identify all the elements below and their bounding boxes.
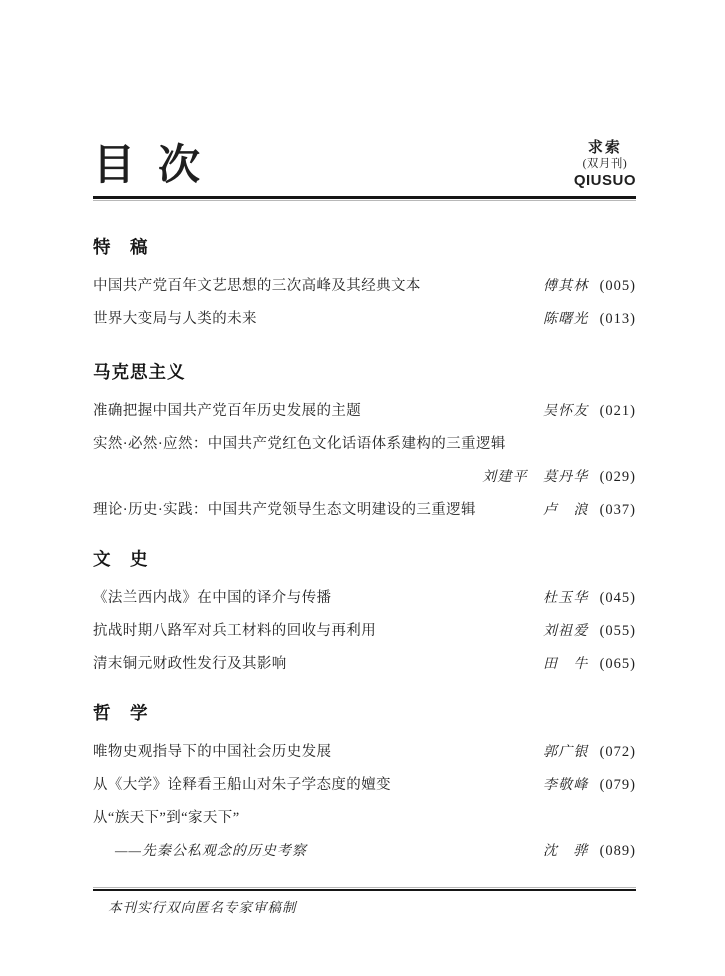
- article-author: 杜玉华: [543, 591, 589, 606]
- article-page-number: (072): [600, 744, 636, 760]
- article-page-number: (045): [600, 590, 636, 606]
- article-title: 抗战时期八路军对兵工材料的回收与再利用: [93, 619, 376, 640]
- article-page-number: (055): [600, 623, 636, 639]
- article-title: 准确把握中国共产党百年历史发展的主题: [93, 399, 361, 420]
- header-rule-dark-line: [93, 196, 636, 199]
- journal-block: 求索 (双月刊) QIUSUO: [574, 140, 636, 189]
- section-heading: 马克思主义: [93, 359, 636, 385]
- section-heading: 特 稿: [93, 234, 636, 260]
- article-subtitle: ——先秦公私观念的历史考察: [93, 840, 307, 860]
- header-rule-light-line: [93, 200, 636, 201]
- article-page-number: (029): [600, 469, 636, 485]
- article-subtitle-row: ——先秦公私观念的历史考察 沈 骅 (089): [93, 833, 636, 866]
- article-row: 中国共产党百年文艺思想的三次高峰及其经典文本 傅其林 (005): [93, 268, 636, 301]
- byline: 刘祖爱 (055): [543, 620, 636, 640]
- article-title: 理论·历史·实践：中国共产党领导生态文明建设的三重逻辑: [93, 498, 476, 519]
- byline: 陈曙光 (013): [543, 308, 636, 328]
- header-rule: [93, 196, 636, 201]
- article-author: 李敬峰: [543, 778, 589, 793]
- article-row: 抗战时期八路军对兵工材料的回收与再利用 刘祖爱 (055): [93, 613, 636, 646]
- section-special-contribution: 特 稿 中国共产党百年文艺思想的三次高峰及其经典文本 傅其林 (005) 世界大…: [93, 234, 636, 334]
- article-page-number: (079): [600, 777, 636, 793]
- article-page-number: (021): [600, 403, 636, 419]
- article-row: 世界大变局与人类的未来 陈曙光 (013): [93, 301, 636, 334]
- article-author: 郭广银: [543, 745, 589, 760]
- masthead: 目 次 求索 (双月刊) QIUSUO: [93, 140, 636, 190]
- toc-page: 目 次 求索 (双月刊) QIUSUO 特 稿 中国共产党百年文艺思想的三次高峰…: [0, 0, 725, 976]
- section-heading: 文 史: [93, 546, 636, 572]
- footer-rule: [93, 887, 636, 891]
- toc-title: 目 次: [93, 144, 201, 188]
- article-author: 刘建平 莫丹华: [482, 470, 588, 485]
- footer-rule-light-line: [93, 887, 636, 888]
- article-title: 从《大学》诠释看王船山对朱子学态度的嬗变: [93, 773, 391, 794]
- article-author: 刘祖爱: [543, 624, 589, 639]
- article-author: 傅其林: [543, 279, 589, 294]
- article-row: 理论·历史·实践：中国共产党领导生态文明建设的三重逻辑 卢 浪 (037): [93, 492, 636, 525]
- article-page-number: (037): [600, 502, 636, 518]
- footer-rule-dark-line: [93, 889, 636, 891]
- article-row: 清末铜元财政性发行及其影响 田 牛 (065): [93, 646, 636, 679]
- article-byline-row: 刘建平 莫丹华 (029): [93, 459, 636, 492]
- article-title: 世界大变局与人类的未来: [93, 307, 257, 328]
- article-title: 从“族天下”到“家天下”: [93, 806, 240, 827]
- article-title: 唯物史观指导下的中国社会历史发展: [93, 740, 331, 761]
- article-author: 陈曙光: [543, 312, 589, 327]
- article-page-number: (013): [600, 311, 636, 327]
- byline: 沈 骅 (089): [543, 840, 636, 860]
- article-title: 清末铜元财政性发行及其影响: [93, 652, 287, 673]
- article-page-number: (005): [600, 278, 636, 294]
- article-row: 从《大学》诠释看王船山对朱子学态度的嬗变 李敬峰 (079): [93, 767, 636, 800]
- byline: 卢 浪 (037): [543, 499, 636, 519]
- byline: 杜玉华 (045): [543, 587, 636, 607]
- byline: 傅其林 (005): [543, 275, 636, 295]
- section-marxism: 马克思主义 准确把握中国共产党百年历史发展的主题 吴怀友 (021) 实然·必然…: [93, 359, 636, 525]
- article-author: 田 牛: [543, 657, 589, 672]
- byline: 郭广银 (072): [543, 741, 636, 761]
- article-title: 中国共产党百年文艺思想的三次高峰及其经典文本: [93, 274, 421, 295]
- section-heading: 哲 学: [93, 700, 636, 726]
- article-page-number: (089): [600, 843, 636, 859]
- journal-edition: (双月刊): [574, 157, 636, 172]
- article-author: 卢 浪: [543, 503, 589, 518]
- article-row: 《法兰西内战》在中国的译介与传播 杜玉华 (045): [93, 580, 636, 613]
- article-row: 实然·必然·应然：中国共产党红色文化话语体系建构的三重逻辑: [93, 426, 636, 459]
- article-author: 吴怀友: [543, 404, 589, 419]
- article-row: 准确把握中国共产党百年历史发展的主题 吴怀友 (021): [93, 393, 636, 426]
- article-page-number: (065): [600, 656, 636, 672]
- article-title: 实然·必然·应然：中国共产党红色文化话语体系建构的三重逻辑: [93, 432, 506, 453]
- byline: 李敬峰 (079): [543, 774, 636, 794]
- article-author: 沈 骅: [543, 844, 589, 859]
- byline: 吴怀友 (021): [543, 400, 636, 420]
- article-row: 唯物史观指导下的中国社会历史发展 郭广银 (072): [93, 734, 636, 767]
- section-literature-history: 文 史 《法兰西内战》在中国的译介与传播 杜玉华 (045) 抗战时期八路军对兵…: [93, 546, 636, 679]
- journal-name: 求索: [574, 140, 636, 157]
- journal-pinyin: QIUSUO: [574, 172, 636, 189]
- footer-note: 本刊实行双向匿名专家审稿制: [93, 900, 636, 916]
- byline: 刘建平 莫丹华 (029): [482, 466, 636, 486]
- section-philosophy: 哲 学 唯物史观指导下的中国社会历史发展 郭广银 (072) 从《大学》诠释看王…: [93, 700, 636, 866]
- article-title: 《法兰西内战》在中国的译介与传播: [93, 586, 331, 607]
- byline: 田 牛 (065): [543, 653, 636, 673]
- article-row: 从“族天下”到“家天下”: [93, 800, 636, 833]
